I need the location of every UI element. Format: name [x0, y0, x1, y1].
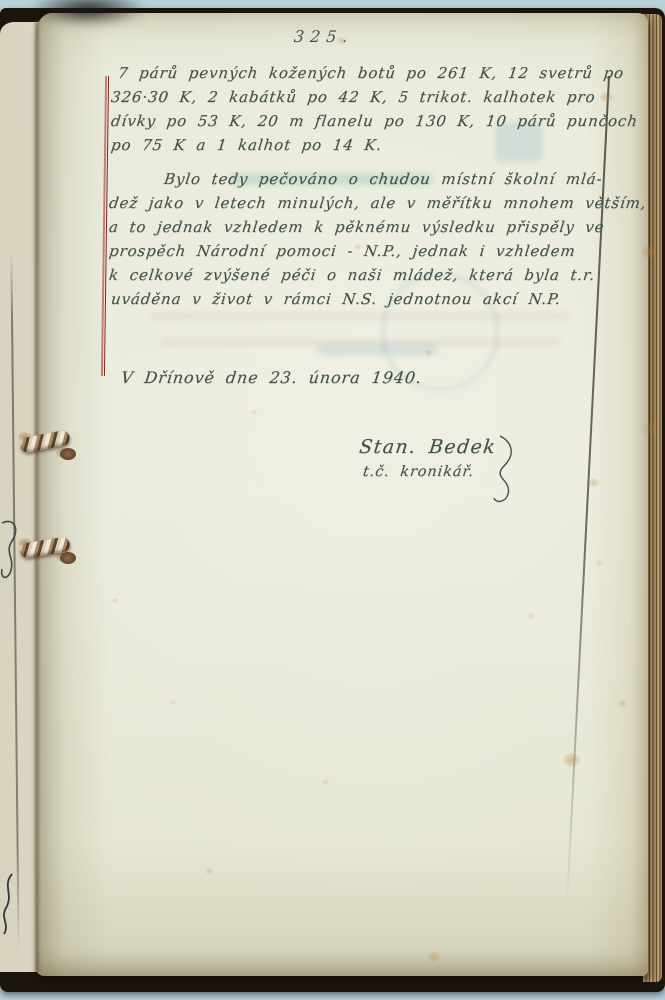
manuscript-line: dívky po 53 K, 20 m flanelu po 130 K, 10… [110, 112, 639, 130]
manuscript-line: prospěch Národní pomoci - N.P., jednak i… [108, 242, 577, 260]
manuscript-line: 7 párů pevných kožených botů po 261 K, 1… [117, 64, 625, 82]
manuscript-line: po 75 K a 1 kalhot po 14 K. [110, 136, 383, 154]
manuscript-line: dež jako v letech minulých, ale v měřítk… [108, 194, 648, 212]
manuscript-line: k celkové zvýšené péči o naši mládež, kt… [108, 266, 596, 284]
stray-ink-mark [0, 872, 20, 936]
manuscript-line: a to jednak vzhledem k pěknému výsledku … [108, 218, 606, 236]
signature-title: t.č. kronikář. [362, 464, 475, 480]
cover-corner-blur [28, 0, 148, 26]
manuscript-line: uváděna v život v rámci N.S. jednotnou a… [110, 290, 562, 308]
signature-flourish [482, 432, 522, 507]
gutter-crease [33, 20, 41, 972]
binding-cord-end [60, 448, 76, 460]
signature-name: Stan. Bedek [358, 436, 498, 458]
manuscript-line: 326·30 K, 2 kabátků po 42 K, 5 trikot. k… [110, 88, 597, 106]
binding-cord-end [60, 552, 76, 564]
page-number: 325. [293, 27, 355, 46]
underlying-page-margin-line [10, 252, 19, 952]
chronicle-page [36, 13, 648, 976]
manuscript-line: Bylo tedy pečováno o chudou místní školn… [163, 170, 604, 188]
chronicle-photo: 325. 7 párů pevných kožených botů po 261… [0, 0, 665, 1000]
dateline: V Dřínově dne 23. února 1940. [120, 368, 423, 387]
